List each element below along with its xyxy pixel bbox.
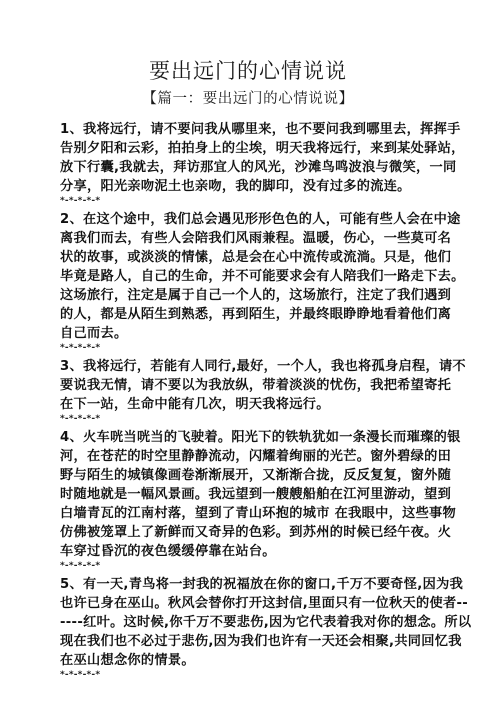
- separator: *-*-*-*-*: [60, 561, 445, 572]
- paragraph-4: 4、火车咣当咣当的飞驶着。阳光下的铁轨犹如一条漫长而璀璨的银 河，在苍茫的时空里…: [60, 428, 445, 561]
- paragraph-5: 5、有一天,青鸟将一封我的祝福放在你的窗口,千万不要奇怪,因为我 也许已身在巫山…: [60, 575, 445, 670]
- paragraph-line: 毕竟是路人，自己的生命，并不可能要求会有人陪我们一路走下去。: [60, 267, 445, 286]
- document-page: 要出远门的心情说说 【篇一：要出远门的心情说说】 1、我将远行，请不要问我从哪里…: [0, 0, 496, 702]
- paragraph-line: 白墙青瓦的江南村落，望到了青山环抱的城市 在我眼中，这些事物: [60, 504, 445, 523]
- paragraph-line: 在下一站，生命中能有几次，明天我将远行。: [60, 395, 445, 414]
- paragraph-line: 告别夕阳和云彩，拍拍身上的尘埃，明天我将远行，来到某处驿站，: [60, 139, 445, 158]
- document-body: 1、我将远行，请不要问我从哪里来，也不要问我到哪里去，挥挥手 告别夕阳和云彩，拍…: [60, 120, 445, 684]
- paragraph-line: 野与陌生的城镇像画卷渐渐展开，又渐渐合拢，反反复复，窗外随: [60, 466, 445, 485]
- separator: *-*-*-*-*: [60, 670, 445, 681]
- paragraph-line: 离我们而去，有些人会陪我们风雨兼程。温暖，伤心，一些莫可名: [60, 229, 445, 248]
- paragraph-1: 1、我将远行，请不要问我从哪里来，也不要问我到哪里去，挥挥手 告别夕阳和云彩，拍…: [60, 120, 445, 196]
- paragraph-3: 3、我将远行，若能有人同行,最好，一个人，我也将孤身启程，请不 要说我无情，请不…: [60, 357, 445, 414]
- paragraph-line: 在巫山想念你的情景。: [60, 651, 445, 670]
- paragraph-line: 自己而去。: [60, 324, 445, 343]
- separator: *-*-*-*-*: [60, 414, 445, 425]
- document-subtitle: 【篇一：要出远门的心情说说】: [0, 89, 496, 109]
- paragraph-line: 分享，阳光亲吻泥土也亲吻，我的脚印，没有过多的流连。: [60, 177, 445, 196]
- paragraph-line: 2、在这个途中，我们总会遇见形形色色的人，可能有些人会在中途: [60, 210, 445, 229]
- paragraph-2: 2、在这个途中，我们总会遇见形形色色的人，可能有些人会在中途 离我们而去，有些人…: [60, 210, 445, 343]
- paragraph-line: 的人，都是从陌生到熟悉，再到陌生，并最终眼睁睁地看着他们离: [60, 305, 445, 324]
- paragraph-line: 放下行囊,我就去，拜访那宜人的风光，沙滩鸟鸣波浪与微笑，一同: [60, 158, 445, 177]
- paragraph-line: 1、我将远行，请不要问我从哪里来，也不要问我到哪里去，挥挥手: [60, 120, 445, 139]
- separator: *-*-*-*-*: [60, 196, 445, 207]
- paragraph-line: 3、我将远行，若能有人同行,最好，一个人，我也将孤身启程，请不: [60, 357, 445, 376]
- paragraph-line: 车穿过昏沉的夜色缓缓停靠在站台。: [60, 542, 445, 561]
- paragraph-line: 这场旅行，注定是属于自己一个人的，这场旅行，注定了我们遇到: [60, 286, 445, 305]
- paragraph-line: 现在我们也不必过于悲伤,因为我们也许有一天还会相聚,共同回忆我: [60, 632, 445, 651]
- paragraph-line: 要说我无情，请不要以为我放纵，带着淡淡的忧伤，我把希望寄托: [60, 376, 445, 395]
- separator: *-*-*-*-*: [60, 343, 445, 354]
- paragraph-line: ----红叶。这时候,你千万不要悲伤,因为它代表着我对你的想念。所以: [60, 613, 445, 632]
- paragraph-line: 状的故事，或淡淡的情愫，总是会在心中流传或流淌。只是，他们: [60, 248, 445, 267]
- paragraph-line: 4、火车咣当咣当的飞驶着。阳光下的铁轨犹如一条漫长而璀璨的银: [60, 428, 445, 447]
- paragraph-line: 时随地就是一幅风景画。我远望到一艘艘船舶在江河里游动，望到: [60, 485, 445, 504]
- paragraph-line: 仿佛被笼罩上了新鲜而又奇异的色彩。到苏州的时候已经午夜。火: [60, 523, 445, 542]
- paragraph-line: 也许已身在巫山。秋风会替你打开这封信,里面只有一位秋天的使者--: [60, 594, 445, 613]
- document-title: 要出远门的心情说说: [0, 58, 496, 84]
- paragraph-line: 5、有一天,青鸟将一封我的祝福放在你的窗口,千万不要奇怪,因为我: [60, 575, 445, 594]
- paragraph-line: 河，在苍茫的时空里静静流动，闪耀着绚丽的光芒。窗外碧绿的田: [60, 447, 445, 466]
